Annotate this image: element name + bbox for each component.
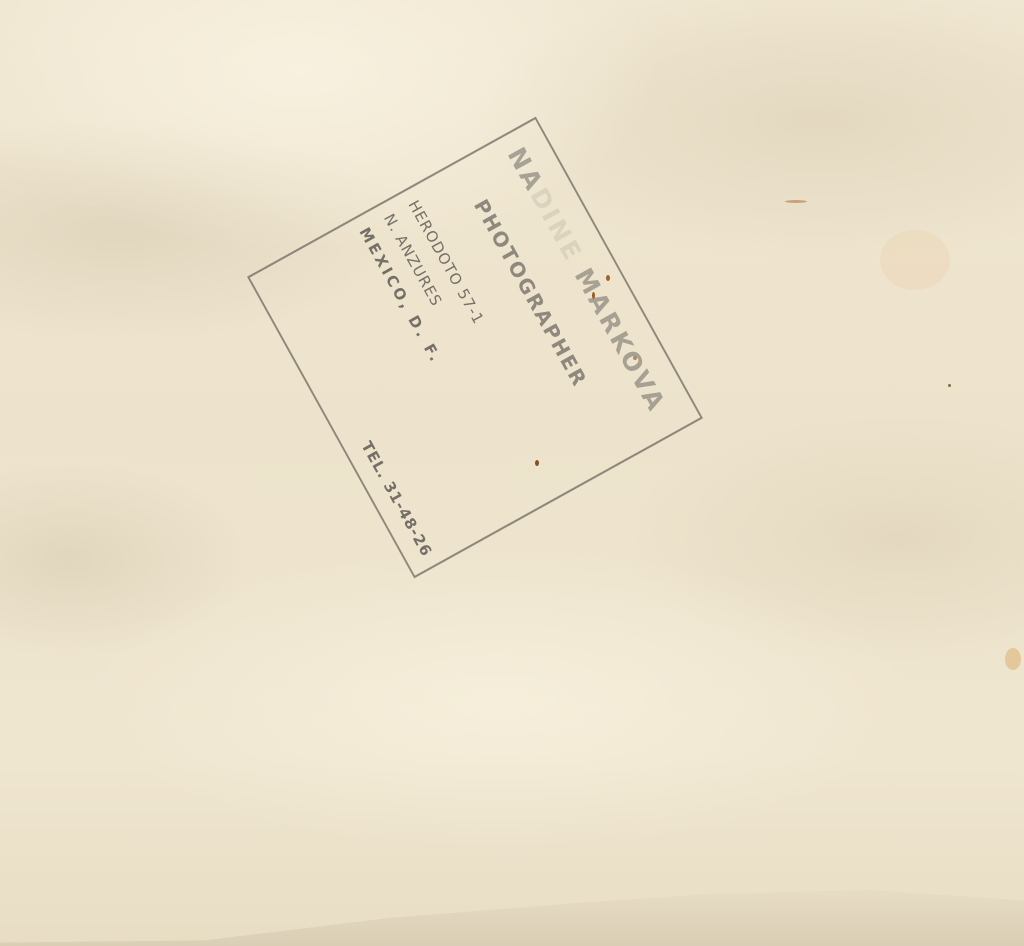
stain-spot	[1005, 648, 1021, 670]
rust-dot	[948, 384, 951, 387]
stamp-title: PHOTOGRAPHER	[469, 195, 592, 391]
rust-dot	[785, 200, 807, 203]
stamp-name-faded: DINE	[524, 183, 588, 267]
stain-spot	[880, 230, 950, 290]
